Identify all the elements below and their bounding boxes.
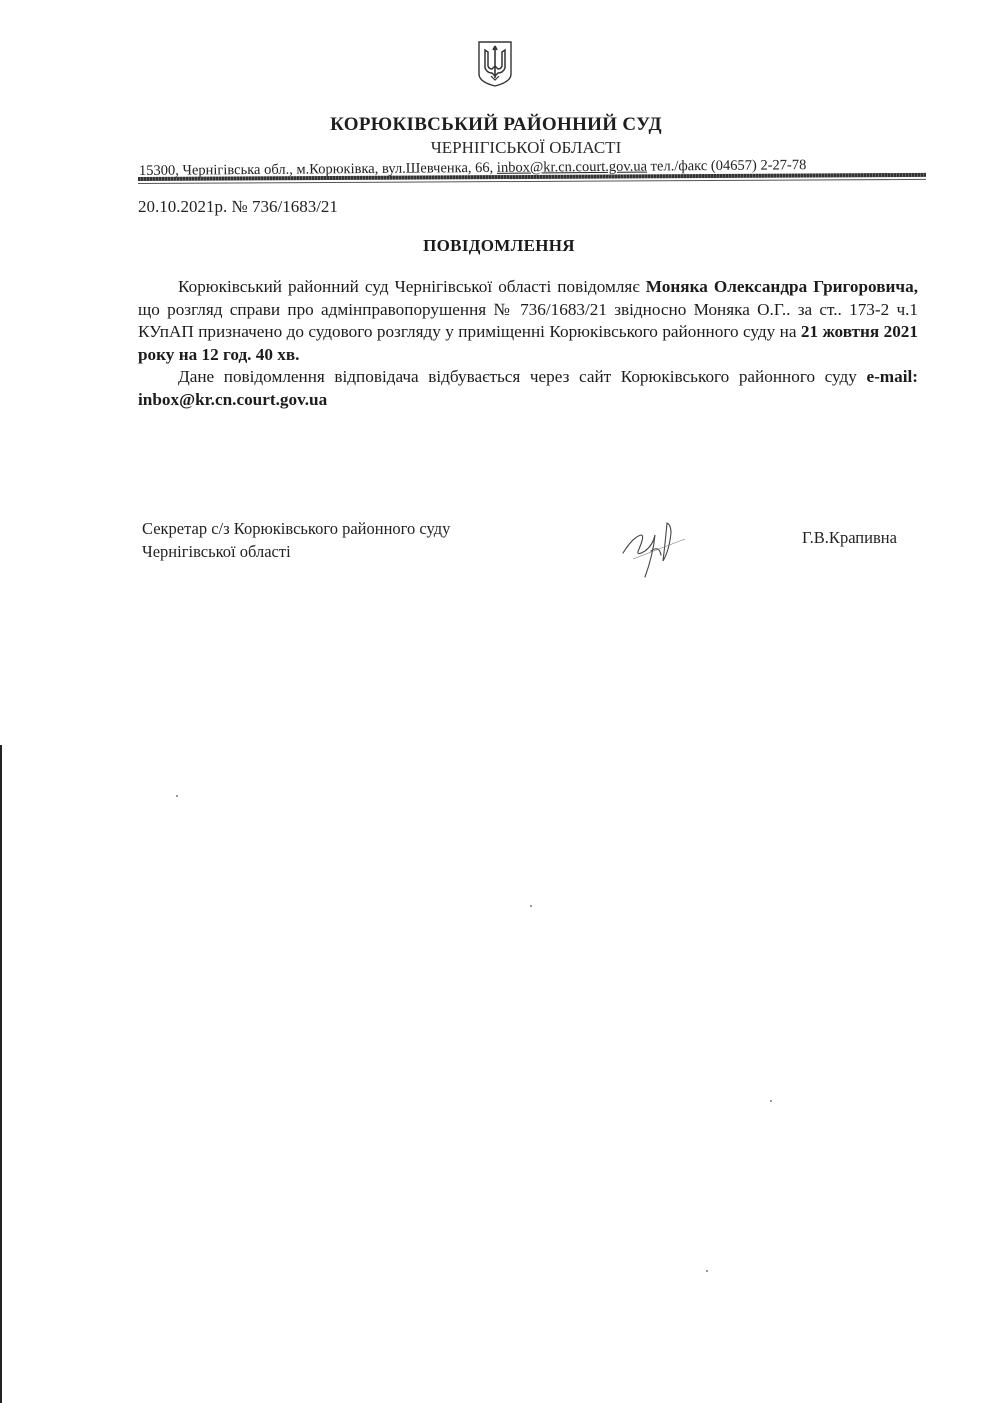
scan-speck bbox=[176, 795, 178, 797]
court-name: КОРЮКІВСЬКИЙ РАЙОННИЙ СУД bbox=[0, 114, 992, 136]
scan-page-edge bbox=[0, 745, 2, 1403]
scan-speck bbox=[706, 1270, 708, 1272]
scan-speck bbox=[770, 1100, 772, 1102]
signatory-position-line2: Чернігівської області bbox=[142, 540, 450, 563]
signatory-position-line1: Секретар с/з Корюківського районного суд… bbox=[142, 517, 450, 540]
respondent-name: Моняка Олександра Григоровича, bbox=[646, 277, 918, 296]
signatory-position: Секретар с/з Корюківського районного суд… bbox=[142, 517, 450, 563]
document-date-number: 20.10.2021р. № 736/1683/21 bbox=[138, 197, 338, 217]
ukraine-trident-emblem-icon bbox=[477, 40, 513, 88]
paragraph-text: Корюківський районний суд Чернігівської … bbox=[178, 277, 646, 296]
address-phone: тел./факс (04657) 2-27-78 bbox=[647, 157, 806, 174]
document-body: Корюківський районний суд Чернігівської … bbox=[138, 276, 918, 411]
document-title: ПОВІДОМЛЕННЯ bbox=[0, 236, 992, 256]
contact-paragraph: Дане повідомлення відповідача відбуваєть… bbox=[138, 366, 918, 411]
court-region: ЧЕРНІГІСЬКОЇ ОБЛАСТІ bbox=[0, 138, 992, 158]
notice-paragraph: Корюківський районний суд Чернігівської … bbox=[138, 276, 918, 366]
paragraph-text: Дане повідомлення відповідача відбуваєть… bbox=[178, 367, 866, 386]
address-email-link[interactable]: inbox@kr.cn.court.gov.ua bbox=[497, 159, 647, 176]
signer-name: Г.В.Крапивна bbox=[802, 528, 897, 548]
scan-speck bbox=[530, 905, 532, 907]
handwritten-signature-icon bbox=[615, 515, 695, 585]
